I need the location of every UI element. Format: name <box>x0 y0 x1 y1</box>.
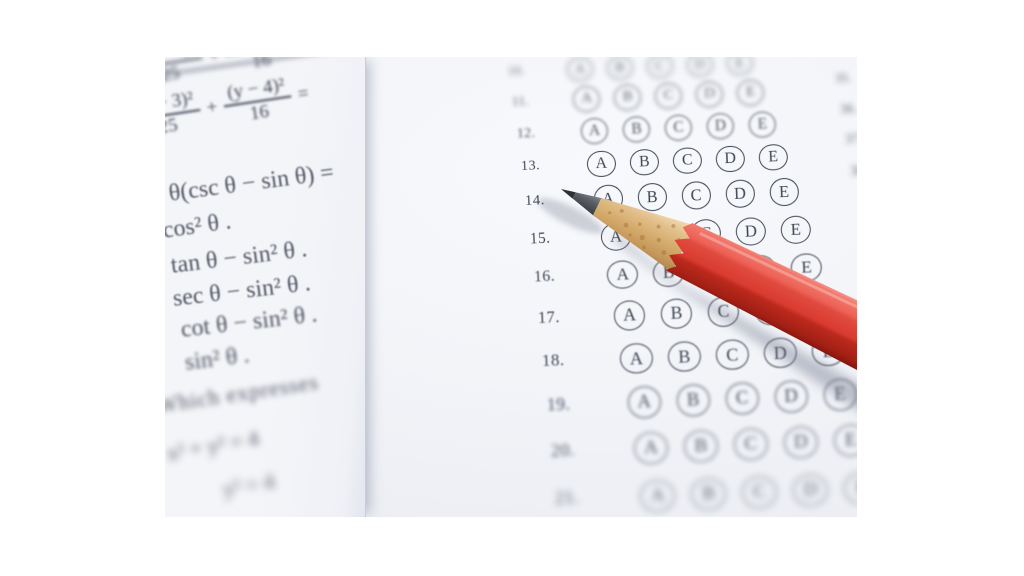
pencil-red-body <box>658 216 857 389</box>
pencil-graphite-point <box>560 186 576 198</box>
photo-answer-sheet-scene: 10.ABCDE11.ABCDE12.ABCDE13.ABCDE14.ABCDE… <box>165 57 857 517</box>
red-pencil <box>165 57 857 517</box>
